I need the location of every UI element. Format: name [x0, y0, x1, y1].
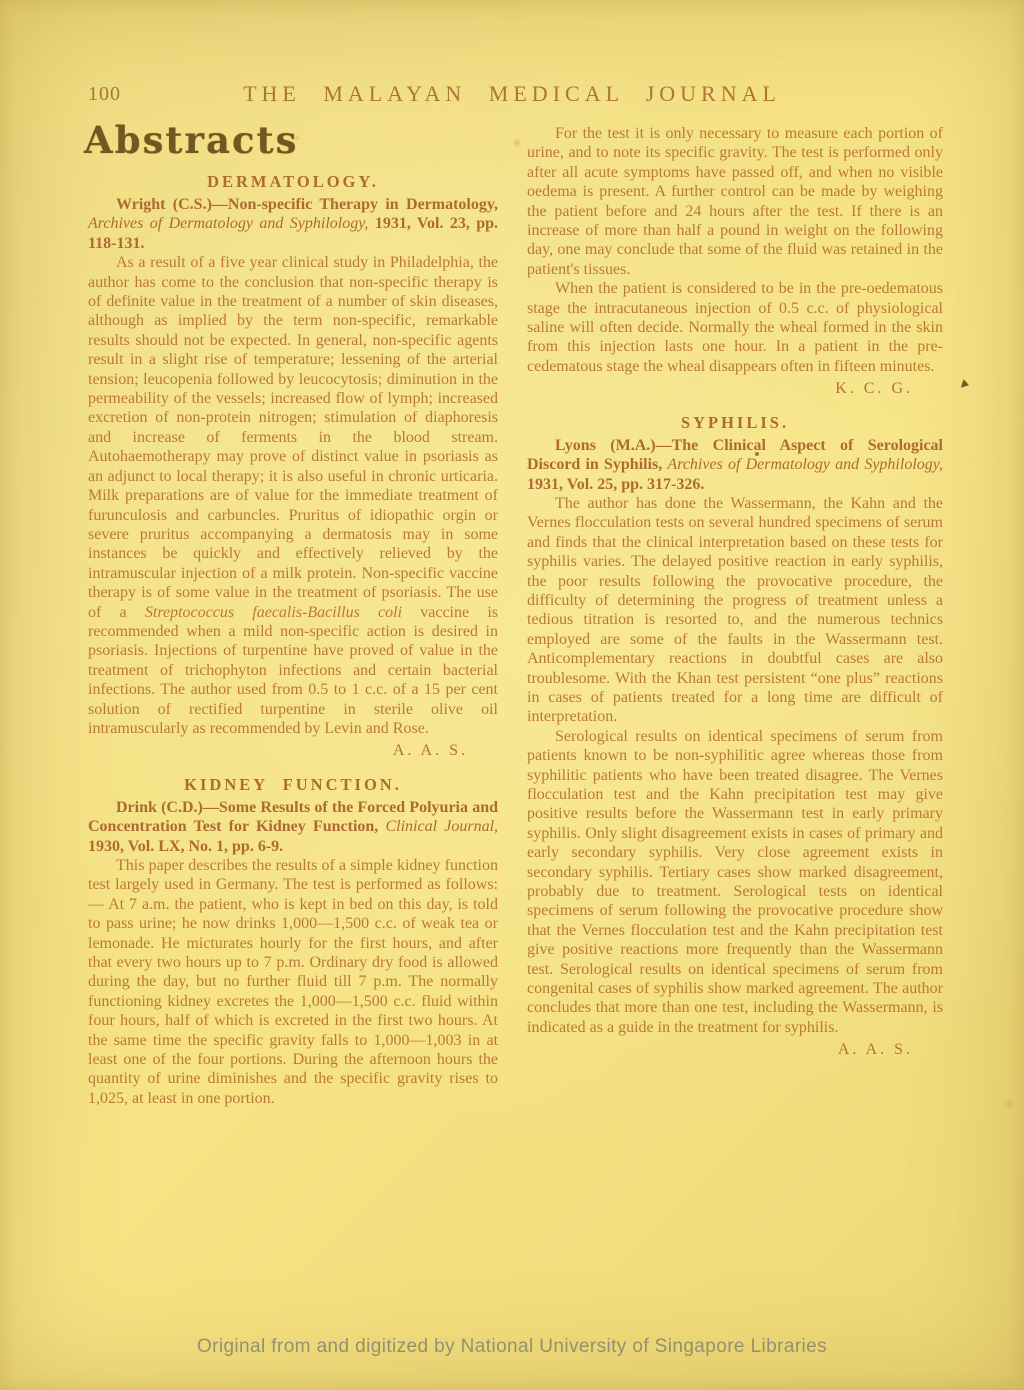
kidney-function-paragraph: For the test it is only necessary to mea…: [527, 124, 943, 279]
digitization-credit: Original from and digitized by National …: [0, 1336, 1024, 1358]
margin-ink-mark: [961, 379, 970, 390]
syphilis-heading: SYPHILIS.: [527, 413, 943, 433]
reviewer-initials: A. A. S.: [88, 741, 498, 760]
dermatology-body: As a result of a five year clinical stud…: [88, 253, 498, 738]
kidney-function-heading: KIDNEY FUNCTION.: [88, 775, 498, 795]
body-text: vaccine is recommended when a mild non-s…: [88, 604, 498, 737]
species-name-italic: Streptococcus faecalis-Bacillus coli: [145, 604, 402, 621]
citation-tail: 1931, Vol. 25, pp. 317-326.: [527, 476, 704, 493]
reviewer-initials: A. A. S.: [527, 1040, 943, 1059]
abstracts-heading: Abstracts: [84, 118, 298, 162]
ink-speck: [755, 452, 759, 456]
syphilis-paragraph: The author has done the Wassermann, the …: [527, 494, 943, 727]
left-column: DERMATOLOGY. Wright (C.S.)—Non-specific …: [88, 172, 498, 1108]
syphilis-citation: Lyons (M.A.)—The Clinical Aspect of Sero…: [527, 436, 943, 494]
dermatology-citation: Wright (C.S.)—Non-specific Therapy in De…: [88, 195, 498, 253]
reviewer-initials: K. C. G.: [527, 379, 943, 398]
dermatology-heading: DERMATOLOGY.: [88, 172, 498, 192]
body-text: As a result of a five year clinical stud…: [88, 254, 498, 620]
citation-journal-name: Clinical Journal,: [385, 818, 498, 835]
citation-tail: 1930, Vol. LX, No. 1, pp. 6-9.: [88, 838, 283, 855]
journal-title: THE MALAYAN MEDICAL JOURNAL: [0, 81, 1024, 107]
syphilis-paragraph: Serological results on identical specime…: [527, 727, 943, 1038]
citation-journal-name: Archives of Dermatology and Syphilology,: [88, 215, 368, 232]
right-column: For the test it is only necessary to mea…: [527, 124, 943, 1068]
scanned-journal-page: 100 THE MALAYAN MEDICAL JOURNAL Abstract…: [0, 0, 1024, 1390]
kidney-function-citation: Drink (C.D.)—Some Results of the Forced …: [88, 798, 498, 856]
citation-journal-name: Archives of Dermatology and Syphilology,: [667, 456, 943, 473]
kidney-function-paragraph: When the patient is considered to be in …: [527, 279, 943, 376]
kidney-function-paragraph: This paper describes the results of a si…: [88, 856, 498, 1108]
citation-lead: Wright (C.S.)—Non-specific Therapy in De…: [116, 196, 498, 213]
